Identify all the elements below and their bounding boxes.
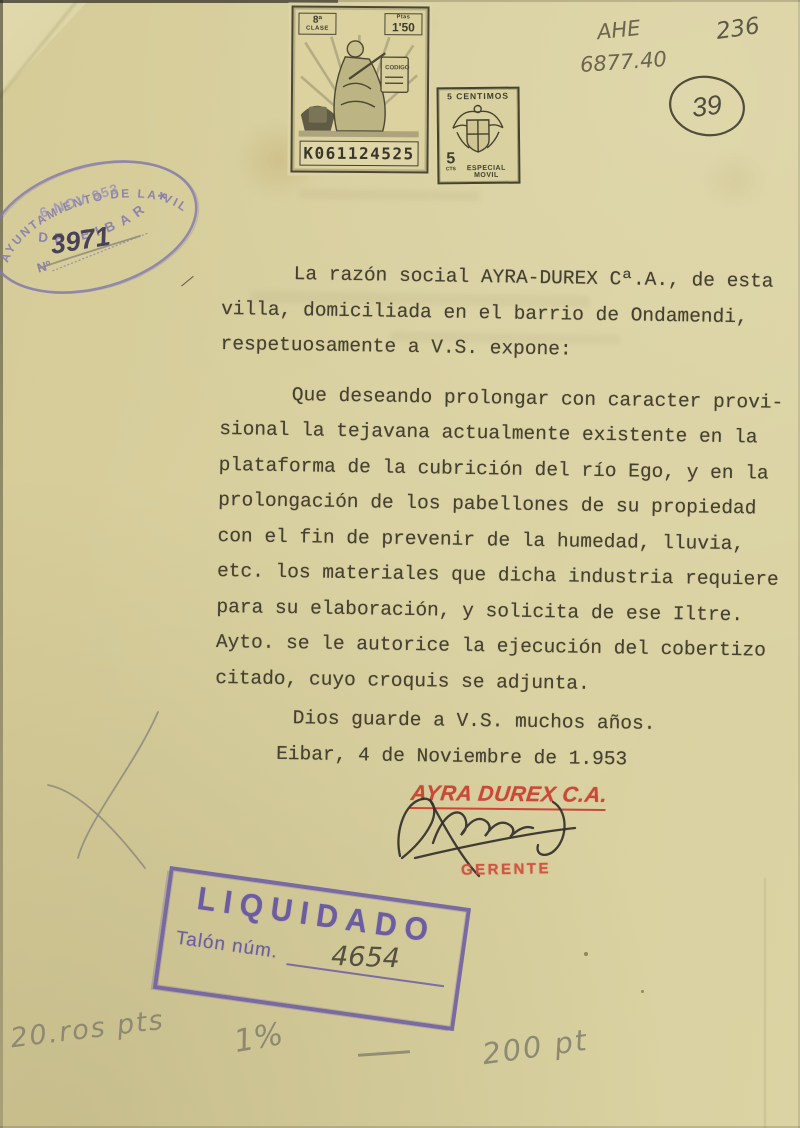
- annotation-code: AHE: [596, 16, 642, 44]
- role-stamp: GERENTE: [461, 860, 551, 879]
- movil-stamp-footer: ESPECIAL MOVIL: [457, 165, 515, 180]
- liquidado-talon-label: Talón núm.: [174, 928, 279, 964]
- paper-stain: [700, 150, 770, 210]
- pencil-dash: [358, 1050, 410, 1057]
- allegorical-figure-engraving: CODIGO: [297, 35, 422, 140]
- pencil-note-result: 200 pt: [480, 1023, 590, 1071]
- stamp-class-label: CLASE: [306, 26, 329, 32]
- vertical-crease: [764, 878, 766, 1128]
- paper-fold-corner: [0, 0, 86, 104]
- stamp-serial-number: K061124525: [299, 141, 418, 167]
- letter-body: La razón social AYRA-DUREX Cª.A., de est…: [214, 256, 794, 780]
- stamp-scroll-text: CODIGO: [385, 65, 410, 71]
- scan-edge-top-light: [338, 0, 800, 2]
- stamp-currency-value: 1'50: [392, 21, 415, 33]
- annotation-amount: 6877.40: [579, 47, 667, 77]
- pencil-note-amount: 20.ros pts: [9, 1005, 167, 1055]
- letter-paragraph-1: La razón social AYRA-DUREX Cª.A., de est…: [220, 256, 794, 371]
- paper-speck: [584, 952, 588, 956]
- circled-number: 39: [662, 68, 752, 146]
- municipal-registry-stamp: AYUNTAMIENTO DE LA VILLA DE EIBAR 6 NOV …: [0, 122, 238, 332]
- liquidado-stamp: LIQUIDADO Talón núm. 4654: [153, 866, 471, 1031]
- eagle-coat-of-arms: [447, 102, 510, 159]
- liquidado-talon-number: 4654: [331, 941, 401, 974]
- stamp-class-box: 8ª CLASE: [298, 13, 336, 35]
- paper-speck: [641, 990, 644, 993]
- stamp-value-box: Ptas 1'50: [384, 13, 422, 35]
- letter-dateline: Eibar, 4 de Noviembre de 1.953: [214, 735, 786, 779]
- pencil-flourish: [40, 690, 200, 900]
- circled-number-value: 39: [690, 90, 723, 123]
- fiscal-tax-stamp: 8ª CLASE Ptas 1'50 CODIGO: [290, 6, 429, 174]
- annotation-page-number: 236: [714, 13, 761, 45]
- movil-stamp-header: 5 CENTIMOS: [439, 91, 518, 102]
- letter-paragraph-2: Que deseando prolongar con caracter prov…: [215, 376, 792, 704]
- scanned-document-page: 8ª CLASE Ptas 1'50 CODIGO: [0, 0, 800, 1128]
- ink-bleed: [300, 189, 480, 202]
- stamp-class-value: 8ª: [313, 16, 322, 26]
- pencil-note-percent: 1%: [231, 1016, 286, 1060]
- movil-tax-stamp: 5 CENTIMOS 5 CTS ESPECIAL MOVIL: [436, 87, 520, 185]
- scan-edge-top: [0, 0, 338, 3]
